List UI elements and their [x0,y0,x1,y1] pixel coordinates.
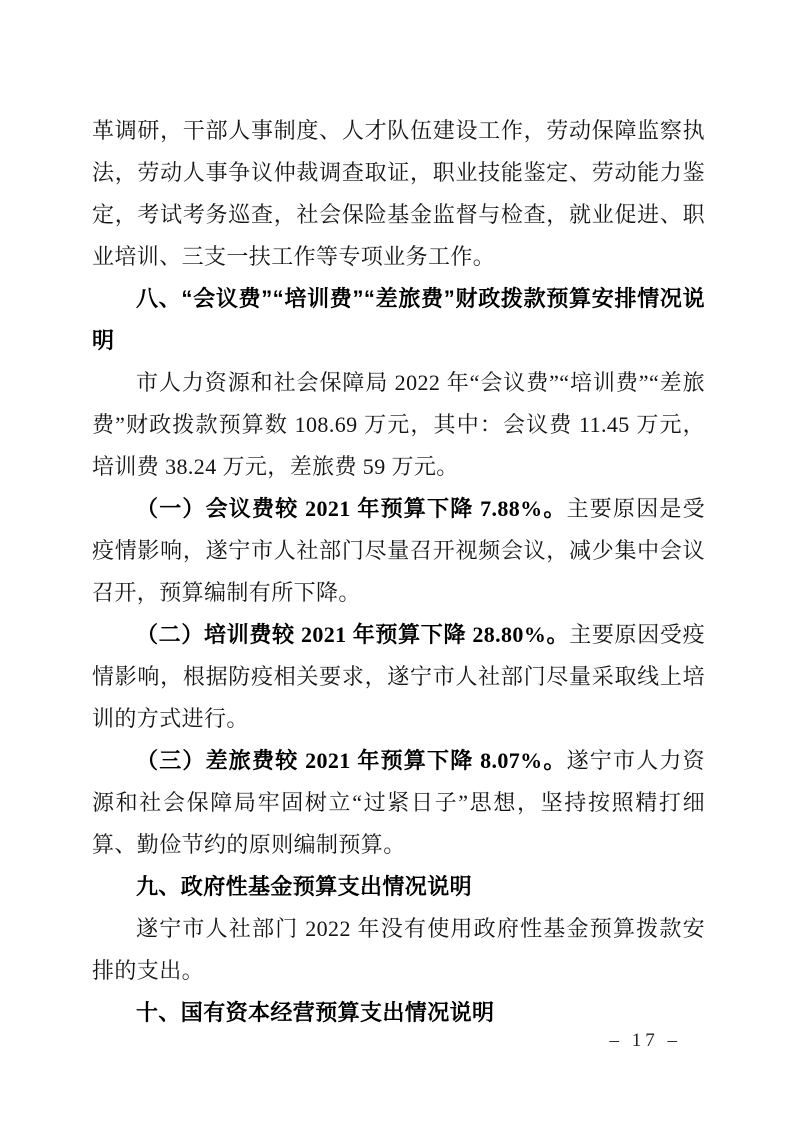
item-3-lead: （三）差旅费较 2021 年预算下降 8.07%。 [136,748,567,773]
paragraph-continuation: 革调研，干部人事制度、人才队伍建设工作，劳动保障监察执法，劳动人事争议仲裁调查取… [92,110,705,278]
document-body: 革调研，干部人事制度、人才队伍建设工作，劳动保障监察执法，劳动人事争议仲裁调查取… [92,110,705,1034]
item-1-lead: （一）会议费较 2021 年预算下降 7.88%。 [136,496,567,521]
document-page: 革调研，干部人事制度、人才队伍建设工作，劳动保障监察执法，劳动人事争议仲裁调查取… [0,0,793,1122]
item-3-paragraph: （三）差旅费较 2021 年预算下降 8.07%。遂宁市人力资源和社会保障局牢固… [92,740,705,866]
item-2-lead: （二）培训费较 2021 年预算下降 28.80%。 [136,622,569,647]
section-9-heading: 九、政府性基金预算支出情况说明 [92,866,705,908]
page-number: – 17 – [610,1028,682,1054]
section-8-intro-paragraph: 市人力资源和社会保障局 2022 年“会议费”“培训费”“差旅费”财政拨款预算数… [92,362,705,488]
section-8-heading: 八、“会议费”“培训费”“差旅费”财政拨款预算安排情况说明 [92,278,705,362]
section-9-paragraph: 遂宁市人社部门 2022 年没有使用政府性基金预算拨款安排的支出。 [92,908,705,992]
item-2-paragraph: （二）培训费较 2021 年预算下降 28.80%。主要原因受疫情影响，根据防疫… [92,614,705,740]
item-1-paragraph: （一）会议费较 2021 年预算下降 7.88%。主要原因是受疫情影响，遂宁市人… [92,488,705,614]
